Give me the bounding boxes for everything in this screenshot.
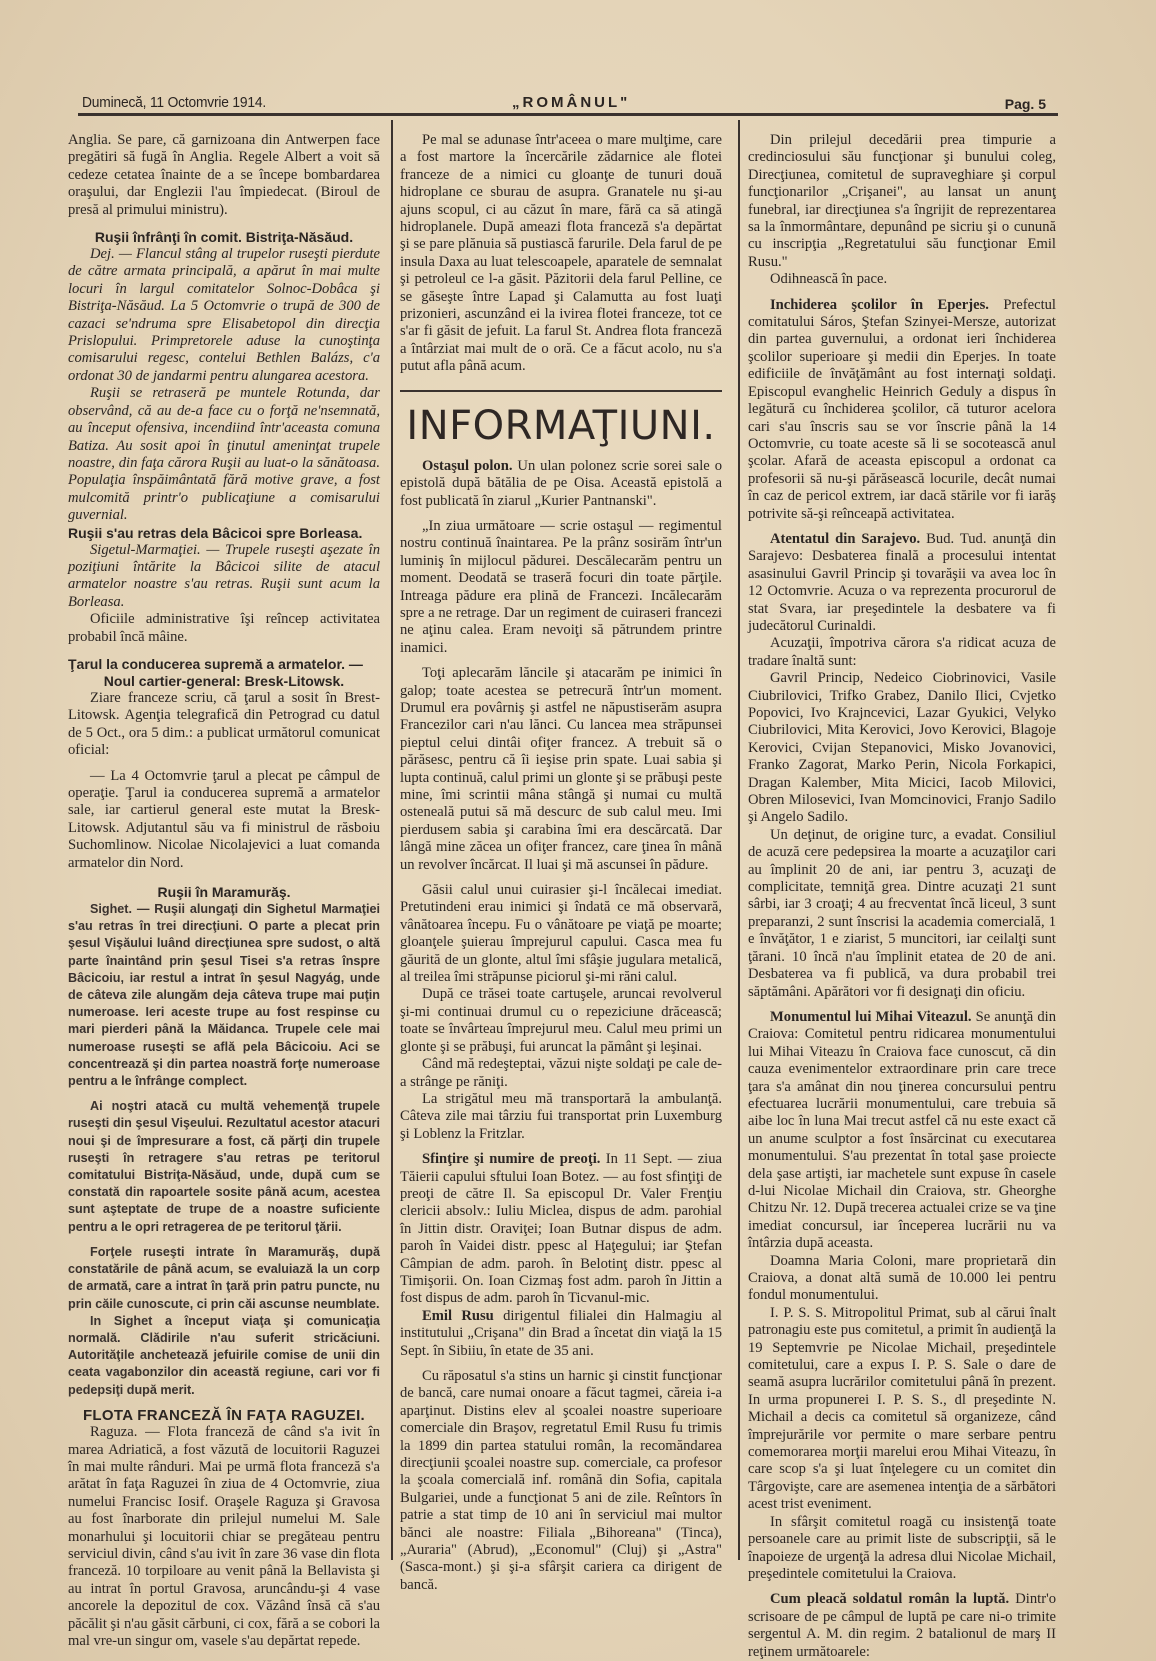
article-paragraph: Anglia. Se pare, că garnizoana din Antwe…: [68, 132, 380, 219]
article-paragraph: Sigetul-Marmaţiei. — Trupele ruseşti aşe…: [68, 542, 380, 612]
issue-date: Duminecă, 11 Octomvrie 1914.: [82, 94, 266, 111]
news-item-body: In 11 Sept. — ziua Tăierii capului sftul…: [400, 1151, 722, 1306]
article-paragraph: Un deţinut, de origine turc, a evadat. C…: [748, 827, 1056, 1001]
column-divider-1: [391, 120, 393, 1560]
newspaper-title: „ROMÂNUL": [512, 94, 630, 111]
article-paragraph: In sfârşit comitetul roagă cu insistenţă…: [748, 1514, 1056, 1584]
article-paragraph: Sighet. — Ruşii alungaţi din Sighetul Ma…: [68, 901, 380, 1090]
article-paragraph: Gavril Princip, Nedeico Ciobrinovici, Va…: [748, 670, 1056, 827]
article-paragraph: Acuzaţii, împotriva cărora s'a ridicat a…: [748, 635, 1056, 670]
article-paragraph: Odihnească în pace.: [748, 271, 1056, 288]
page-number: Pag. 5: [1005, 96, 1046, 112]
article-paragraph: La strigătul meu mă transportară la ambu…: [400, 1091, 722, 1143]
article-heading: Ruşii în Maramurăş.: [68, 884, 380, 901]
news-item-heading: Inchiderea şcolilor în Eperjes.: [770, 297, 989, 313]
article-paragraph: Din prilejul decedării prea timpurie a c…: [748, 132, 1056, 271]
article-paragraph: Când mă redeşteptai, văzui nişte soldaţi…: [400, 1056, 722, 1091]
article-paragraph: Găsii calul unui cuirasier şi-l încăleca…: [400, 882, 722, 986]
article-paragraph: — La 4 Octomvrie ţarul a plecat pe câmpu…: [68, 768, 380, 872]
article-paragraph: Ai noştri atacă cu multă vehemenţă trupe…: [68, 1098, 380, 1236]
newspaper-page: Duminecă, 11 Octomvrie 1914. „ROMÂNUL" P…: [0, 0, 1156, 1661]
news-item-heading: Atentatul din Sarajevo.: [770, 531, 920, 547]
article-subheading: Noul cartier-general: Bresk-Litowsk.: [68, 673, 380, 690]
news-item-body: Se anunţă din Craiova: Comitetul pentru …: [748, 1009, 1056, 1251]
column-1: Anglia. Se pare, că garnizoana din Antwe…: [68, 132, 380, 1650]
news-item-body: Prefectul comitatului Sáros, Ştefan Szin…: [748, 297, 1056, 522]
column-3: Din prilejul decedării prea timpurie a c…: [748, 132, 1056, 1661]
article-paragraph: Doamna Maria Coloni, mare proprietară di…: [748, 1253, 1056, 1305]
article-paragraph: Oficiile administrative îşi reîncep acti…: [68, 611, 380, 646]
news-item-heading: Sfinţire şi numire de preoţi.: [422, 1151, 600, 1167]
article-paragraph: După ce trăsei toate cartuşele, aruncai …: [400, 986, 722, 1056]
article-paragraph: Pe mal se adunase într'aceea o mare mulţ…: [400, 132, 722, 376]
article-paragraph: Toţi aplecarăm lăncile şi atacarăm pe in…: [400, 665, 722, 874]
news-item-heading: Ostaşul polon.: [422, 458, 513, 474]
article-paragraph: Ziare franceze scriu, că ţarul a sosit î…: [68, 690, 380, 760]
article-paragraph: Raguza. — Flota franceză de când s'a ivi…: [68, 1424, 380, 1650]
article-heading: Ruşii s'au retras dela Bâcicoi spre Borl…: [68, 525, 380, 542]
section-rule: [400, 390, 722, 392]
column-2: Pe mal se adunase într'aceea o mare mulţ…: [400, 132, 722, 1594]
article-paragraph: Ruşii se retraseră pe muntele Rotunda, d…: [68, 385, 380, 524]
article-paragraph: Forţele ruseşti intrate în Maramurăş, du…: [68, 1244, 380, 1313]
article-paragraph: In Sighet a început viaţa şi comunicaţia…: [68, 1313, 380, 1399]
column-divider-2: [738, 120, 740, 1560]
article-paragraph: „In ziua următoare — scrie ostaşul — reg…: [400, 518, 722, 657]
section-title: INFORMAŢIUNI.: [400, 402, 722, 450]
article-heading: FLOTA FRANCEZĂ ÎN FAŢA RAGUZEI.: [68, 1407, 380, 1424]
article-heading: Ruşii înfrânţi în comit. Bistriţa-Năsăud…: [68, 229, 380, 246]
header-rule: [78, 113, 1058, 116]
news-item-heading: Cum pleacă soldatul român la luptă.: [770, 1591, 1009, 1607]
page-header: Duminecă, 11 Octomvrie 1914. „ROMÂNUL" P…: [82, 92, 1046, 114]
news-item-heading: Monumentul lui Mihai Viteazul.: [770, 1009, 972, 1025]
article-heading: Ţarul la conducerea supremă a armatelor.…: [68, 656, 380, 673]
news-item-heading: Emil Rusu: [422, 1308, 494, 1324]
article-paragraph: Cu răposatul s'a stins un harnic şi cins…: [400, 1368, 722, 1594]
article-paragraph: Dej. — Flancul stâng al trupelor ruseşti…: [68, 246, 380, 385]
article-paragraph: I. P. S. S. Mitropolitul Primat, sub al …: [748, 1305, 1056, 1514]
